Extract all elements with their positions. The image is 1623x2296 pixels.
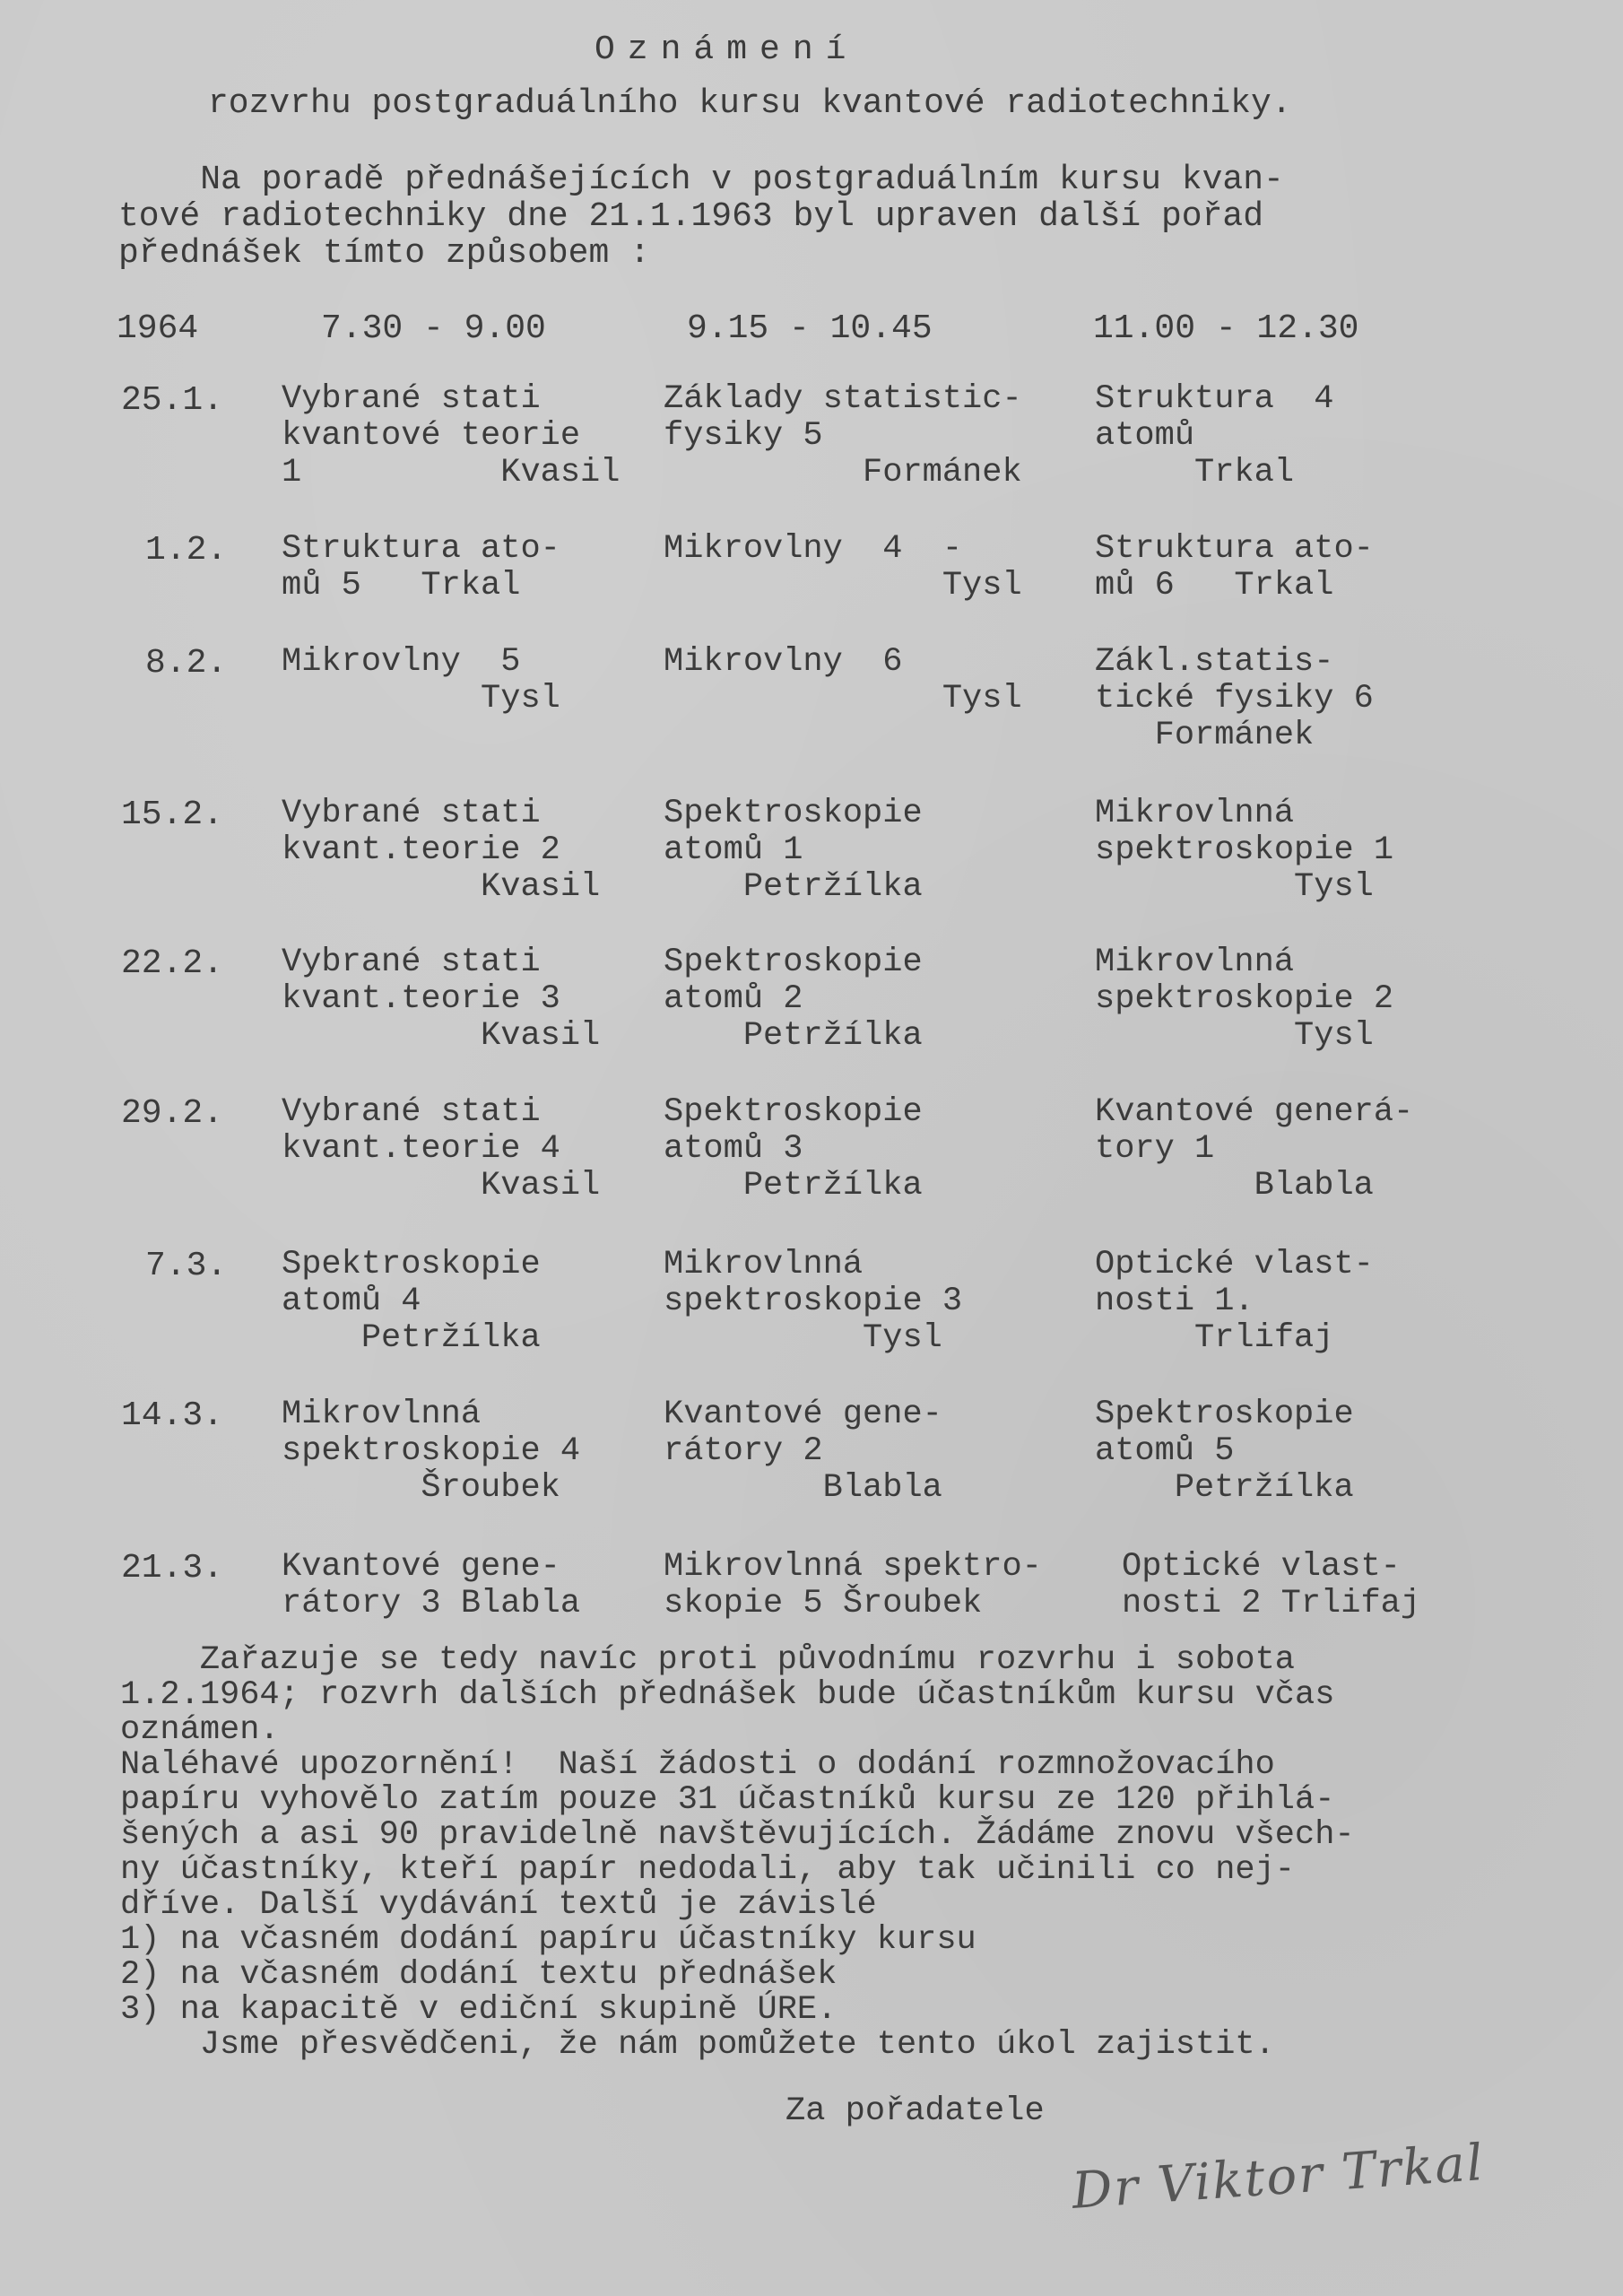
- lecture-cell: Vybrané stati kvant.teorie 2 Kvasil: [282, 796, 600, 906]
- row-date: 1.2.: [145, 531, 227, 570]
- row-date: 29.2.: [121, 1094, 223, 1133]
- scanned-document-page: Oznámení rozvrhu postgraduálního kursu k…: [0, 0, 1623, 2296]
- time-slot-2: 9.15 - 10.45: [687, 309, 933, 348]
- lecture-cell: Struktura 4 atomů Trkal: [1095, 381, 1333, 491]
- lecture-cell: Zákl.statis- tické fysiky 6 Formánek: [1095, 644, 1374, 754]
- lecture-cell: Mikrovlnná spektroskopie 1 Tysl: [1095, 796, 1393, 906]
- time-slot-1: 7.30 - 9.00: [321, 309, 546, 348]
- lecture-cell: Spektroskopie atomů 2 Petržílka: [664, 944, 923, 1055]
- document-title: Oznámení: [595, 30, 858, 69]
- row-date: 22.2.: [121, 944, 223, 983]
- lecture-cell: Mikrovlny 5 Tysl: [282, 644, 560, 717]
- intro-paragraph: Na poradě přednášejících v postgraduální…: [118, 161, 1463, 272]
- lecture-cell: Optické vlast- nosti 2 Trlifaj: [1122, 1549, 1420, 1622]
- row-date: 15.2.: [121, 796, 223, 834]
- document-subtitle: rozvrhu postgraduálního kursu kvantové r…: [208, 84, 1292, 123]
- lecture-cell: Spektroskopie atomů 5 Petržílka: [1095, 1396, 1354, 1507]
- lecture-cell: Základy statistic- fysiky 5 Formánek: [664, 381, 1022, 491]
- row-date: 7.3.: [145, 1247, 227, 1285]
- lecture-cell: Struktura ato- mů 5 Trkal: [282, 531, 560, 604]
- row-date: 14.3.: [121, 1396, 223, 1435]
- lecture-cell: Mikrovlnná spektroskopie 2 Tysl: [1095, 944, 1393, 1055]
- closing-paragraph: Zařazuje se tedy navíc proti původnímu r…: [120, 1643, 1573, 2063]
- lecture-cell: Struktura ato- mů 6 Trkal: [1095, 531, 1374, 604]
- row-date: 8.2.: [145, 644, 227, 683]
- row-date: 25.1.: [121, 381, 223, 420]
- schedule-year: 1964: [117, 309, 198, 348]
- lecture-cell: Mikrovlnná spektro- skopie 5 Šroubek: [664, 1549, 1042, 1622]
- row-date: 21.3.: [121, 1549, 223, 1587]
- lecture-cell: Vybrané stati kvant.teorie 4 Kvasil: [282, 1094, 600, 1205]
- lecture-cell: Kvantové generá- tory 1 Blabla: [1095, 1094, 1413, 1205]
- lecture-cell: Mikrovlny 6 Tysl: [664, 644, 1022, 717]
- lecture-cell: Spektroskopie atomů 4 Petržílka: [282, 1247, 541, 1357]
- handwritten-signature: Dr Viktor Trkal: [1070, 2134, 1486, 2221]
- lecture-cell: Vybrané stati kvant.teorie 3 Kvasil: [282, 944, 600, 1055]
- lecture-cell: Mikrovlnná spektroskopie 3 Tysl: [664, 1247, 962, 1357]
- lecture-cell: Mikrovlny 4 - Tysl: [664, 531, 1022, 604]
- signoff: Za pořadatele: [785, 2092, 1045, 2130]
- lecture-cell: Spektroskopie atomů 1 Petržílka: [664, 796, 923, 906]
- lecture-cell: Mikrovlnná spektroskopie 4 Šroubek: [282, 1396, 580, 1507]
- lecture-cell: Vybrané stati kvantové teorie 1 Kvasil: [282, 381, 620, 491]
- lecture-cell: Optické vlast- nosti 1. Trlifaj: [1095, 1247, 1374, 1357]
- lecture-cell: Kvantové gene- rátory 3 Blabla: [282, 1549, 580, 1622]
- time-slot-3: 11.00 - 12.30: [1093, 309, 1358, 348]
- lecture-cell: Spektroskopie atomů 3 Petržílka: [664, 1094, 923, 1205]
- lecture-cell: Kvantové gene- rátory 2 Blabla: [664, 1396, 942, 1507]
